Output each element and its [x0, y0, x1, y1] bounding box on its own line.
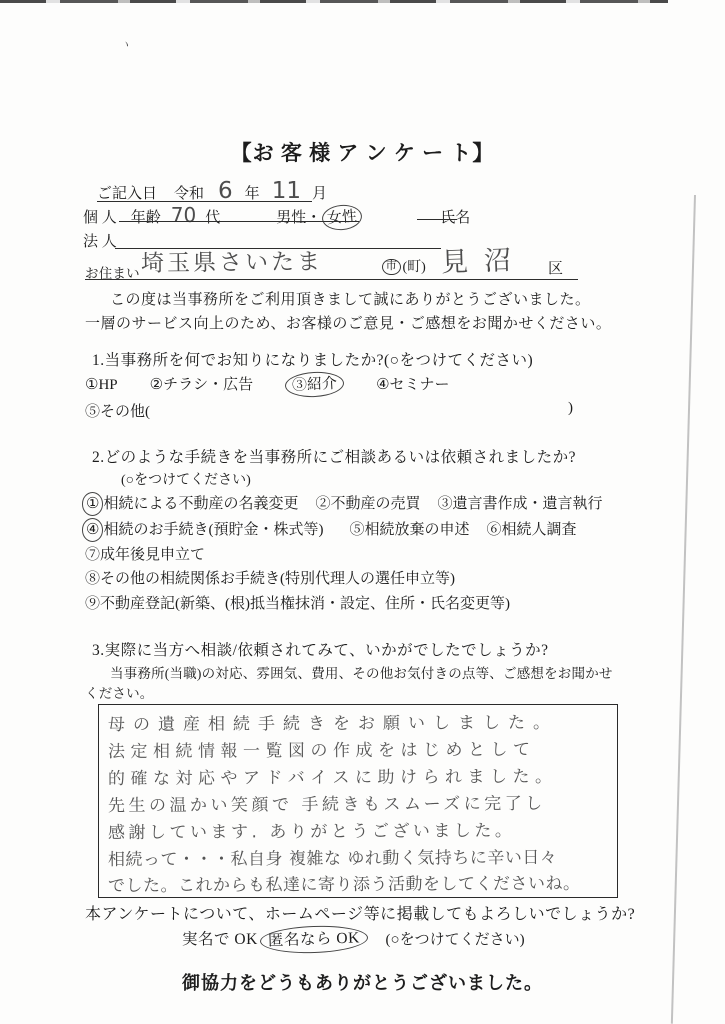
intro-line-2: 一層のサービス向上のため、お客様のご意見・ご感想をお聞かせください。	[85, 312, 611, 333]
q3-subtitle-1: 当事務所(当職)の対応、雰囲気、費用、その他お気付きの点等、ご感想をお聞かせ	[110, 662, 613, 682]
gender-male-option: 男性・	[276, 210, 321, 226]
form-title: 【お 客 様 ア ン ケ ー ト】	[0, 137, 725, 167]
q1-option-seminar: ④セミナー	[376, 377, 449, 393]
q3-title: 3.実際に当方へ相談/依頼されてみて、いかがでしたでしょうか?	[92, 638, 549, 660]
age-label: 年齢	[131, 210, 161, 226]
scan-artifact-right-edge	[671, 195, 696, 1024]
q2-option9: ⑨不動産登記(新築、(根)抵当権抹消・設定、住所・氏名変更等)	[85, 592, 510, 613]
individual-line: 個 人 年齢 70 代 男性・女性 氏名	[83, 203, 470, 230]
q1-option-flyer: ②チラシ・広告	[150, 377, 253, 393]
q2-subtitle: (○をつけてください)	[121, 469, 251, 489]
q2-option5: ⑤相続放棄の申述	[349, 522, 469, 538]
comment-line-5: 感謝しています. ありがとうございました。	[108, 816, 515, 843]
q1-option-referral: ③紹介	[292, 376, 338, 394]
q1-option-other-close-paren: )	[568, 400, 573, 417]
closing-thanks: 御協力をどうもありがとうございました。	[0, 969, 725, 995]
handwritten-circle-referral: ③紹介	[284, 370, 344, 398]
publish-circle-note: (○をつけてください)	[386, 932, 525, 948]
comment-line-7: でした。これからも私達に寄り添う活動をしてくださいね。	[108, 869, 581, 896]
handwritten-circle-anonymous: 匿名なら OK	[259, 924, 368, 955]
comment-box: 母の遺産相続手続きをお願いしました。 法定相続情報一覧図の作成をはじめとして 的…	[98, 704, 618, 898]
corporate-label: 法 人	[83, 234, 117, 250]
comment-line-3: 的確な対応やアドバイスに助けられました。	[108, 762, 558, 789]
comment-line-4: 先生の温かい笑顔で 手続きもスムーズに完了し	[108, 789, 546, 816]
q2-option4-number: ④	[86, 522, 99, 538]
town-mark: (町)	[403, 260, 426, 275]
individual-label: 個 人	[83, 210, 117, 226]
q2-option1-label: 相続による不動産の名義変更	[103, 496, 298, 512]
intro-line-1: この度は当事務所をご利用頂きまして誠にありがとうございました。	[110, 288, 591, 309]
handwritten-circle-female: 女性	[321, 203, 363, 231]
stray-pen-mark: ヽ	[119, 35, 134, 53]
scanned-survey-page: ヽ 【お 客 様 ア ン ケ ー ト】 ご記入日 令和 6 年 11 月 個 人…	[0, 0, 725, 1024]
city-mark: 市	[382, 259, 401, 276]
rule-under-address	[85, 279, 578, 280]
q1-title: 1.当事務所を何でお知りになりましたか?(○をつけてください)	[92, 348, 533, 370]
ward-value-handwritten: 見沼	[440, 238, 527, 280]
q2-option8: ⑧その他の相続関係お手続き(特別代理人の選任申立等)	[85, 567, 455, 588]
scan-artifact-top-line	[0, 0, 668, 3]
q2-option4-label: 相続のお手続き(預貯金・株式等)	[103, 522, 323, 538]
q1-option-other: ⑤その他(	[85, 400, 150, 421]
q2-row-2: ④相続のお手続き(預貯金・株式等) ⑤相続放棄の申述 ⑥相続人調査	[87, 518, 576, 542]
rule-under-name	[417, 219, 457, 220]
comment-line-2: 法定相続情報一覧図の作成をはじめとして	[108, 735, 536, 762]
ward-unit: 区	[548, 257, 563, 278]
age-unit: 代	[205, 210, 220, 226]
q1-option-hp: ①HP	[85, 377, 118, 393]
q2-option6: ⑥相続人調査	[486, 522, 576, 538]
name-label: 氏名	[440, 210, 470, 226]
publish-question: 本アンケートについて、ホームページ等に掲載してもよろしいでしょうか?	[85, 901, 635, 924]
gender-female-option: 女性	[327, 209, 358, 228]
handwritten-circle-option-4: ④	[82, 518, 103, 542]
rule-under-individual	[119, 221, 359, 222]
q2-option1-number: ①	[86, 496, 99, 512]
q2-option7: ⑦成年後見申立て	[85, 543, 205, 564]
corporate-line: 法 人	[83, 230, 117, 251]
era-label: 令和	[174, 186, 204, 202]
city-mark-circled: 市(町)	[382, 256, 426, 276]
q1-options-row: ①HP ②チラシ・広告 ③紹介 ④セミナー	[85, 372, 450, 397]
comment-line-6: 相続って・・・私自身 複雑な ゆれ動く気持ちに辛い日々	[108, 843, 557, 870]
q2-option2: ②不動産の売買	[315, 496, 420, 512]
anonymous-ok-option: 匿名なら OK	[267, 929, 359, 949]
month-unit: 月	[312, 186, 327, 202]
year-unit: 年	[245, 186, 260, 202]
publish-options-row: 実名で OK匿名なら OK (○をつけてください)	[182, 926, 525, 953]
real-name-ok-option: 実名で OK	[182, 931, 258, 948]
age-value-handwritten: 70	[171, 203, 196, 227]
handwritten-circle-option-1: ①	[82, 492, 103, 516]
address-value-handwritten: 埼玉県さいたま	[141, 243, 323, 278]
q3-subtitle-2: ください。	[85, 682, 154, 702]
q2-option3: ③遺言書作成・遺言執行	[437, 496, 602, 512]
q2-row-1: ①相続による不動産の名義変更 ②不動産の売買 ③遺言書作成・遺言執行	[87, 492, 603, 516]
entry-date-label: ご記入日	[97, 186, 157, 202]
q2-title: 2.どのような手続きを当事務所にご相談あるいは依頼されましたか?	[92, 445, 576, 467]
comment-line-1: 母の遺産相続手続きをお願いしました。	[108, 708, 558, 735]
rule-under-date	[97, 201, 312, 202]
